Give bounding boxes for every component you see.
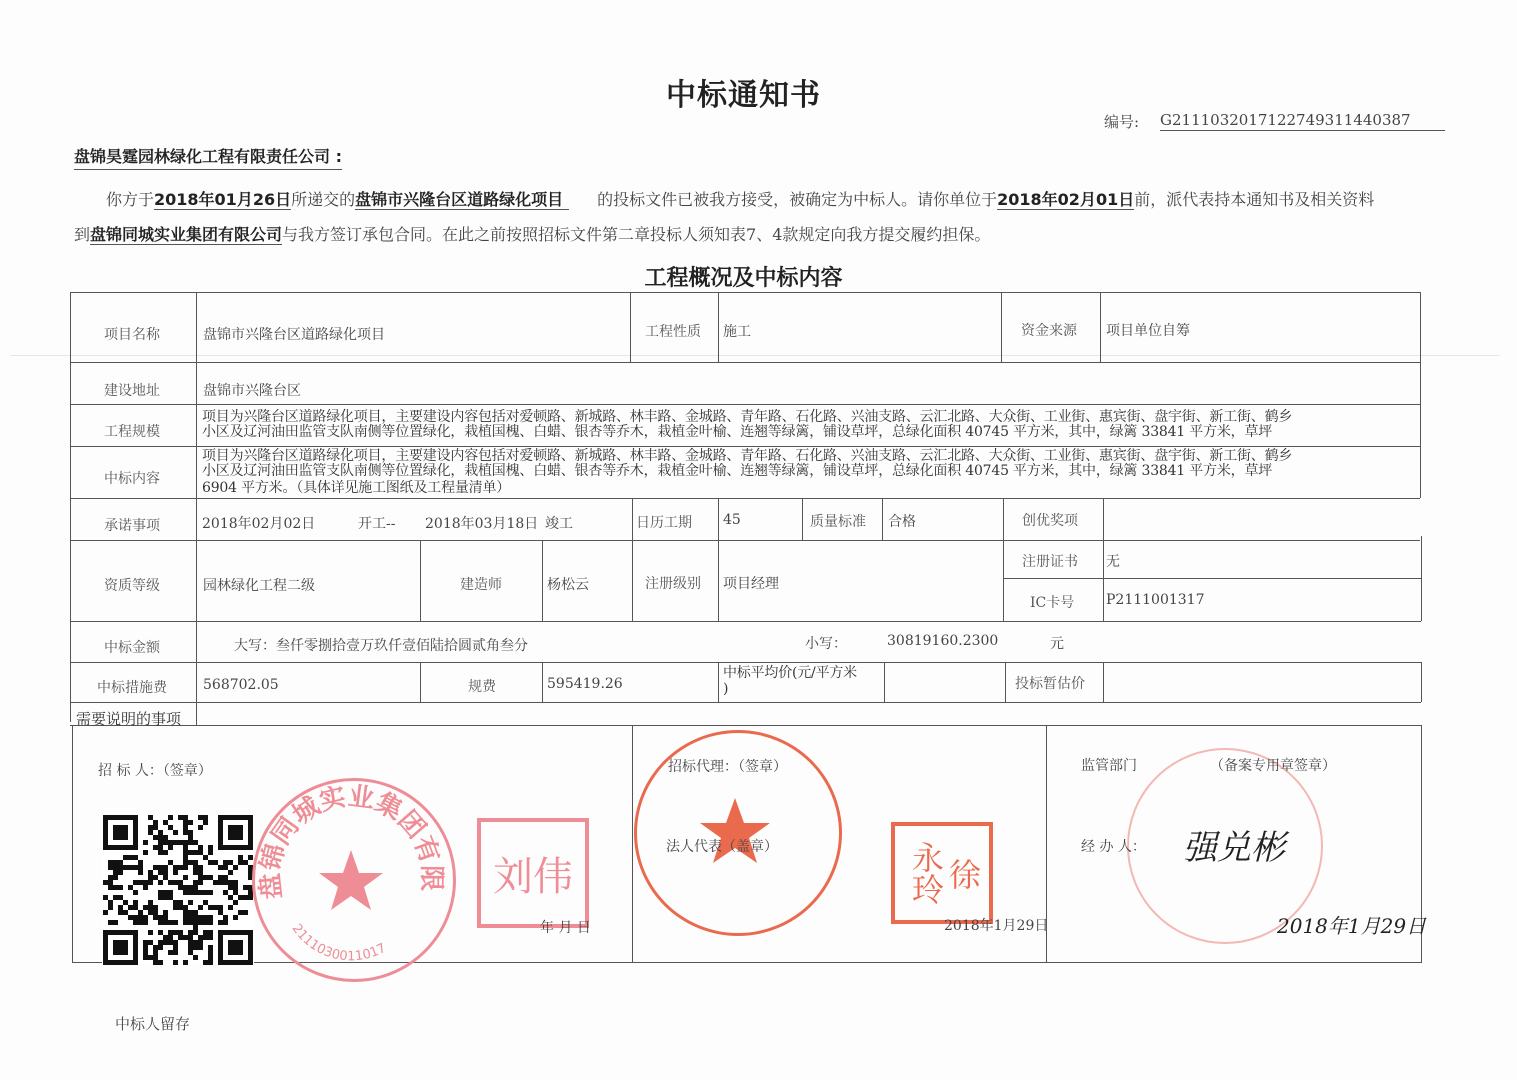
label-cert: 注册证书 (1022, 551, 1078, 571)
rule (718, 498, 719, 621)
value-address: 盘锦市兴隆台区 (203, 380, 301, 400)
agent-date: 2018年1月29日 (944, 915, 1048, 935)
serial-label: 编号: (1104, 111, 1139, 132)
rule (802, 498, 803, 540)
label-ic: IC卡号 (1030, 592, 1074, 612)
label-notes: 需要说明的事项 (76, 708, 181, 729)
rule (196, 292, 197, 725)
submit-date: 2018年01月26日 (154, 190, 291, 210)
label-duration: 日历工期 (636, 512, 692, 532)
rule (630, 292, 631, 362)
label-regulation-fee: 规费 (468, 676, 496, 696)
label-content: 中标内容 (104, 468, 160, 488)
value-content-line-3: 6904 平方米。（具体详见施工图纸及工程量清单） (202, 481, 510, 496)
seal-text: 徐 (949, 850, 981, 896)
text: 与我方签订承包合同。在此之前按照招标文件第二章投标人须知表7、4款规定向我方提交… (282, 225, 990, 244)
label-avg-price-cont: ) (723, 682, 728, 697)
rule (1103, 498, 1104, 621)
rule (632, 725, 633, 962)
tenderee-label: 招 标 人：（签章） (98, 760, 212, 780)
rule (542, 540, 543, 621)
rule (632, 498, 633, 621)
label-commitment: 承诺事项 (104, 515, 160, 535)
rule (1420, 292, 1421, 498)
rule (420, 662, 421, 702)
rule (1003, 578, 1421, 579)
label-provisional: 投标暂估价 (1015, 673, 1085, 693)
value-nature: 施工 (723, 321, 751, 341)
text: 所递交的 (291, 190, 355, 209)
text: 前，派代表持本通知书及相关资料 (1134, 190, 1374, 209)
handler-signature: 强兑彬 (1183, 820, 1285, 869)
rule (882, 498, 883, 540)
rule (70, 498, 1420, 499)
rule (718, 662, 719, 702)
value-fund: 项目单位自筹 (1106, 320, 1190, 340)
rule (1421, 536, 1422, 621)
value-currency: 元 (1050, 633, 1064, 653)
label-project-name: 项目名称 (104, 324, 160, 344)
document-title: 中标通知书 (0, 70, 1487, 114)
value-scale-line-2: 小区及辽河油田监管支队南侧等位置绿化，栽植国槐、白蜡、银杏等乔木，栽植金叶榆、连… (202, 425, 1272, 440)
qr-code-icon (102, 815, 254, 965)
rule (420, 540, 421, 621)
label-qualification: 资质等级 (104, 575, 160, 595)
rule (1001, 292, 1002, 362)
notice-paragraph-line-1: 你方于2018年01月26日所递交的盘锦市兴隆台区道路绿化项目的投标文件已被我方… (106, 187, 1374, 210)
svg-text:2111030011017: 2111030011017 (289, 922, 389, 965)
value-project-name: 盘锦市兴隆台区道路绿化项目 (203, 324, 385, 344)
rule (884, 662, 885, 702)
label-amount-lower: 小写： (805, 633, 847, 653)
value-start-text: 开工-- (358, 513, 395, 533)
value-start-date: 2018年02月02日 (202, 513, 315, 533)
label-quality: 质量标准 (810, 511, 866, 531)
value-builder: 杨松云 (547, 574, 589, 594)
rule (70, 404, 1420, 405)
value-scale-line-1: 项目为兴隆台区道路绿化项目，主要建设内容包括对爱顿路、新城路、林丰路、金城路、青… (202, 410, 1292, 425)
label-nature: 工程性质 (645, 321, 701, 341)
rule (70, 725, 1422, 726)
value-cert: 无 (1106, 551, 1120, 571)
footer-note: 中标人留存 (115, 1013, 190, 1034)
rule (542, 662, 543, 702)
serial-number: G21110320171227493114403​87 (1160, 111, 1445, 131)
label-amount: 中标金额 (104, 637, 160, 657)
rule (70, 662, 1421, 663)
rule (70, 702, 1421, 703)
rule (1100, 292, 1101, 362)
rule (1103, 662, 1104, 702)
value-amount-lower: 30819160.2300 (887, 633, 998, 649)
tenderee-person-seal: 刘伟 (477, 818, 589, 928)
value-end-date: 2018年03月18日 (425, 513, 538, 533)
value-content-line-2: 小区及辽河油田监管支队南侧等位置绿化，栽植国槐、白蜡、银杏等乔木，栽植金叶榆、连… (202, 464, 1272, 479)
value-end-text: 竣工 (545, 513, 573, 533)
value-duration: 45 (723, 512, 741, 528)
section-title: 工程概况及中标内容 (0, 261, 1487, 292)
label-reg-level: 注册级别 (645, 573, 701, 593)
label-fund: 资金来源 (1021, 320, 1077, 340)
rule (70, 292, 71, 722)
label-address: 建设地址 (104, 380, 160, 400)
label-measure-fee: 中标措施费 (97, 677, 167, 697)
value-ic: P2111001317 (1106, 592, 1205, 608)
notice-paragraph-line-2: 到盘锦同城实业集团有限公司与我方签订承包合同。在此之前按照招标文件第二章投标人须… (74, 222, 990, 245)
value-quality: 合格 (888, 511, 916, 531)
seal-text: 永玲 (903, 841, 949, 905)
tenderee-company-seal: 盘锦同城实业集团有限公司 2111030011017 (252, 778, 456, 982)
rule (718, 292, 719, 362)
legal-rep-label: 法人代表（盖章） (666, 836, 778, 856)
handler-label: 经 办 人： (1081, 836, 1146, 856)
supervisor-date: 2018年1月29日 (1277, 910, 1426, 939)
label-award: 创优奖项 (1022, 510, 1078, 530)
value-content-line-1: 项目为兴隆台区道路绿化项目，主要建设内容包括对爱顿路、新城路、林丰路、金城路、青… (202, 449, 1292, 464)
value-qualification: 园林绿化工程二级 (203, 575, 315, 595)
label-avg-price: 中标平均价(元/平方米 (723, 666, 857, 681)
rule (1421, 662, 1422, 702)
rule (70, 292, 1420, 293)
text: 的投标文件已被我方接受，被确定为中标人。请你单位于 (597, 190, 997, 209)
rule (70, 362, 1420, 363)
label-builder: 建造师 (460, 574, 502, 594)
project-name-ref: 盘锦市兴隆台区道路绿化项目 (355, 190, 569, 210)
tenderer-name: 盘锦同城实业集团有限公司 (90, 225, 282, 245)
rule (70, 446, 1420, 447)
rule (70, 540, 1420, 541)
text: 到 (74, 225, 90, 244)
tenderee-date: 年 月 日 (540, 917, 591, 937)
rule (1003, 498, 1004, 621)
supervisor-note: （备案专用章签章） (1210, 755, 1336, 775)
deadline-date: 2018年02月01日 (997, 190, 1134, 210)
scan-artifact-line (10, 355, 1500, 356)
supervisor-label: 监管部门 (1081, 755, 1137, 775)
seal-code: 2111030011017 (289, 922, 389, 965)
value-reg-level: 项目经理 (723, 573, 779, 593)
value-amount-upper: 大写：叁仟零捌拾壹万玖仟壹佰陆拾圆贰角叁分 (234, 635, 528, 655)
label-scale: 工程规模 (104, 421, 160, 441)
agent-person-seal: 永玲 徐 (891, 822, 993, 924)
rule (1005, 662, 1006, 702)
seal-text: 刘伟 (493, 845, 573, 902)
rule (70, 621, 1421, 622)
addressee: 盘锦昊霆园林绿化工程有限责任公司 : (74, 144, 342, 170)
value-regulation-fee: 595419.26 (547, 676, 623, 692)
agent-label: 招标代理：（签章） (668, 756, 787, 776)
rule (72, 725, 73, 963)
text: 你方于 (106, 190, 154, 209)
value-measure-fee: 568702.05 (203, 677, 279, 693)
